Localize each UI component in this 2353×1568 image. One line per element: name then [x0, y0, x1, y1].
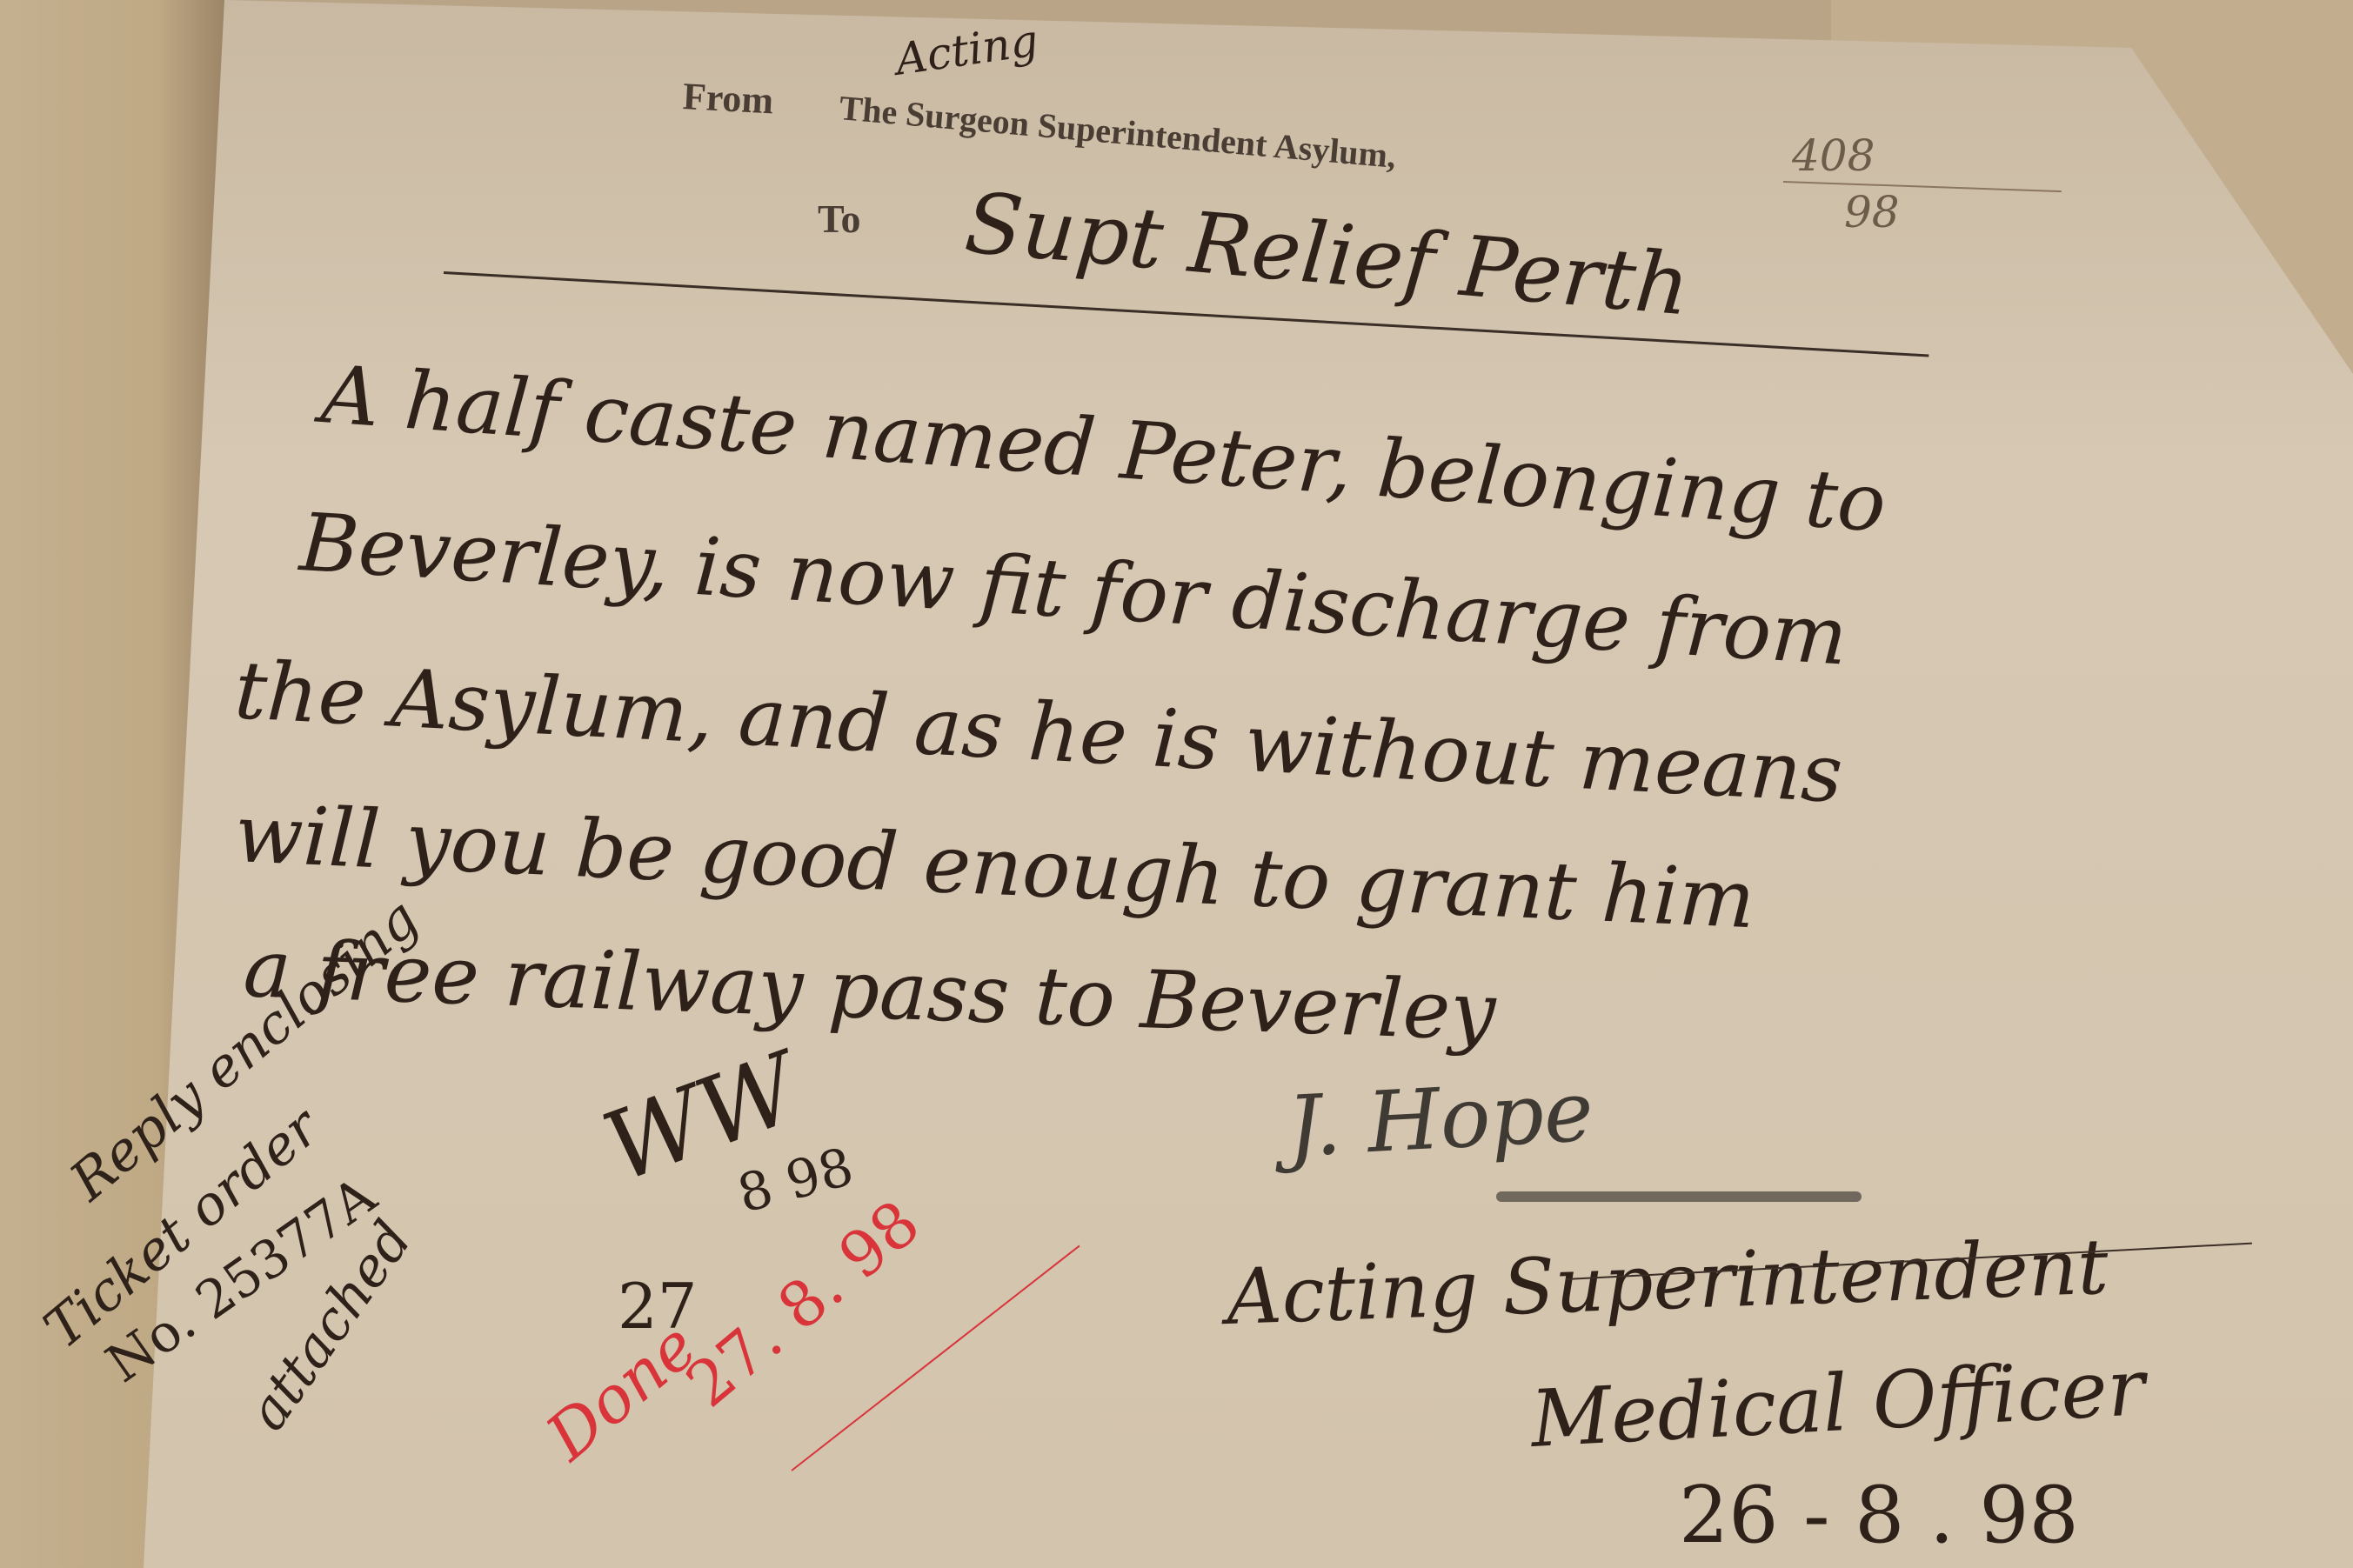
to-label: To — [818, 196, 860, 242]
signature-underline — [1496, 1191, 1862, 1202]
ref-year: 98 — [1844, 187, 1900, 237]
signature-name: J. Hope — [1285, 1063, 1595, 1176]
from-label: From — [682, 74, 775, 123]
ref-number: 408 — [1792, 130, 1875, 181]
letter-date: 26 - 8 . 98 — [1679, 1470, 2079, 1561]
